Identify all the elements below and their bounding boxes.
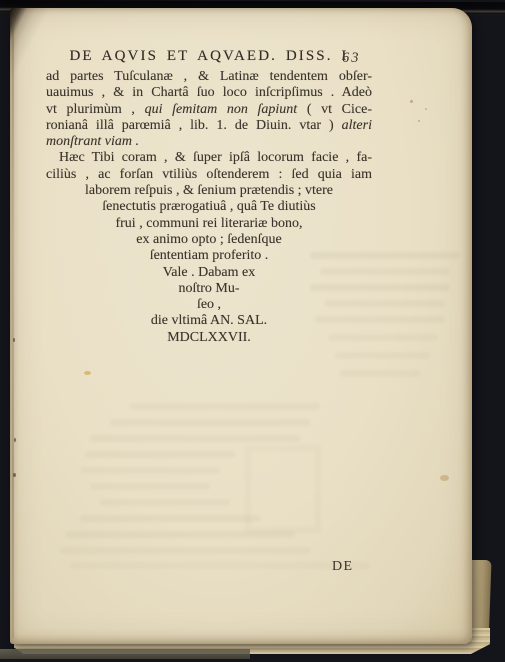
running-header: DE AQVIS ET AQVAED. DISS. I: [46, 48, 372, 65]
text-line: Vale . Dabam ex: [46, 265, 372, 281]
book-photo: DE AQVIS ET AQVAED. DISS. I 63 ad partes…: [0, 0, 505, 662]
catchword: DE: [332, 559, 353, 575]
page-number: 63: [342, 50, 361, 67]
text-block: ad partes Tuſculanæ , & Latinæ tendentem…: [46, 69, 372, 346]
text-line: vt plurimùm , qui ſemitam non ſapiunt ( …: [46, 102, 372, 118]
text-line: ſeo ,: [46, 297, 372, 313]
text-line: ſenectutis prærogatiuâ , quâ Te diutiùs: [46, 199, 372, 215]
text-line: laborem reſpuis , & ſenium prætendis ; v…: [46, 183, 372, 199]
text-line: noſtro Mu-: [46, 281, 372, 297]
text-line: ſententiam proferito .: [46, 248, 372, 264]
text-line: MDCLXXVII.: [46, 330, 372, 346]
text-line: die vltimâ AN. SAL.: [46, 313, 372, 329]
table-surface-strip: [0, 649, 250, 659]
text-line: frui , communi rei literariæ bono,: [46, 216, 372, 232]
text-line: uauimus , & in Chartâ ſuo loco inſcripſi…: [46, 85, 372, 101]
text-line: ronianâ illâ parœmiâ , lib. 1. de Diuin.…: [46, 118, 372, 134]
text-line: ad partes Tuſculanæ , & Latinæ tendentem…: [46, 69, 372, 85]
text-line: monſtrant viam .: [46, 134, 372, 150]
book-page: DE AQVIS ET AQVAED. DISS. I 63 ad partes…: [10, 8, 472, 644]
text-line: ex animo opto ; ſedenſque: [46, 232, 372, 248]
gutter-crease: [12, 18, 14, 638]
text-line: Hæc Tibi coram , & ſuper ipſâ locorum fa…: [46, 150, 372, 166]
text-line: ciliùs , ac forſan vtiliùs oſtenderem : …: [46, 167, 372, 183]
